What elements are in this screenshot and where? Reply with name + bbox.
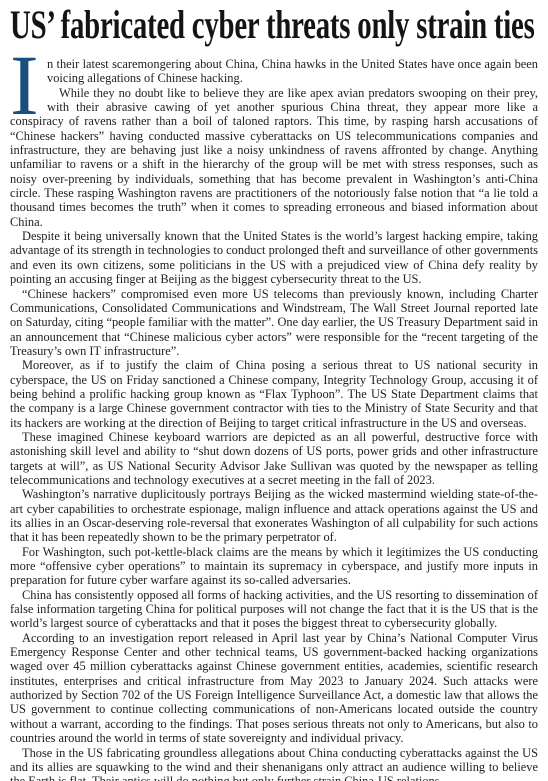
body-paragraph: These imagined Chinese keyboard warriors…	[10, 430, 538, 487]
paragraph-list: While they no doubt like to believe they…	[10, 86, 538, 781]
body-paragraph: “Chinese hackers” compromised even more …	[10, 287, 538, 359]
article-headline: US’ fabricated cyber threats only strain…	[10, 3, 390, 46]
body-paragraph: According to an investigation report rel…	[10, 631, 538, 746]
body-paragraph: While they no doubt like to believe they…	[10, 86, 538, 229]
body-paragraph: Moreover, as if to justify the claim of …	[10, 358, 538, 430]
body-paragraph: Washington’s narrative duplicitously por…	[10, 487, 538, 544]
body-paragraph: China has consistently opposed all forms…	[10, 588, 538, 631]
article-page: US’ fabricated cyber threats only strain…	[0, 0, 548, 781]
body-paragraph: For Washington, such pot-kettle-black cl…	[10, 545, 538, 588]
lead-paragraph: In their latest scaremongering about Chi…	[10, 57, 538, 86]
article-body: In their latest scaremongering about Chi…	[10, 57, 538, 781]
lead-paragraph-text: n their latest scaremongering about Chin…	[47, 57, 538, 85]
body-paragraph: Despite it being universally known that …	[10, 229, 538, 286]
body-paragraph: Those in the US fabricating groundless a…	[10, 746, 538, 781]
drop-cap-letter: I	[10, 57, 39, 114]
